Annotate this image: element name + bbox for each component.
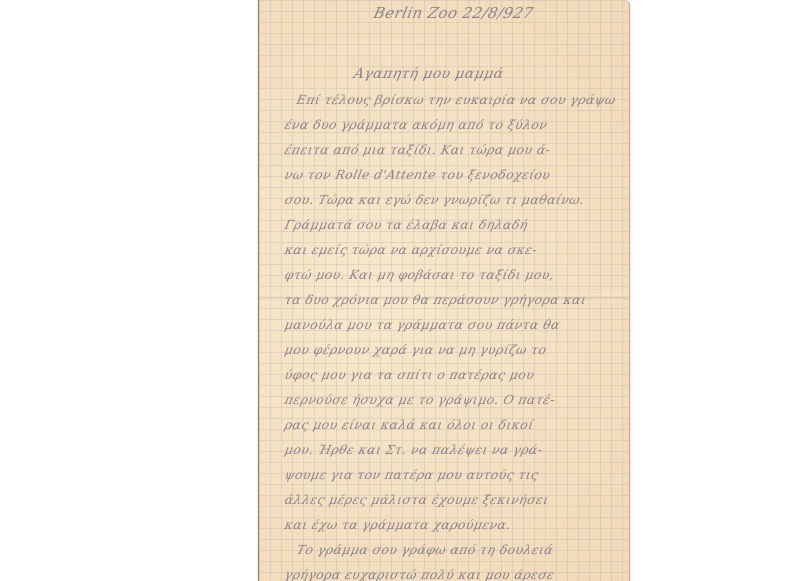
letter-line: Επί τέλους βρίσκω την ευκαιρία να σου γρ… — [295, 92, 617, 107]
letter-line: έπειτα από μια ταξίδι. Και τώρα μου ά- — [283, 142, 552, 157]
letter-dateline: Berlin Zoo 22/8/927 — [372, 4, 535, 22]
letter-line: φτώ μου. Και μη φοβάσαι το ταξίδι μου, — [283, 267, 556, 282]
letter-line: τα δυο χρόνια μου θα περάσουν γρήγορα κα… — [283, 292, 588, 307]
letter-line: μανούλα μου τα γράμματα σου πάντα θα — [283, 317, 561, 332]
letter-line: άλλες μέρες μάλιστα έχουμε ξεκινήσει — [283, 492, 550, 507]
letter-line: σου. Τώρα και εγώ δεν γνωρίζω τι μαθαίνω… — [283, 192, 586, 207]
letter-line: ρας μου είναι καλά και όλοι οι δικοί — [283, 417, 535, 432]
letter-line: ύφος μου για τα σπίτι ο πατέρας μου — [283, 367, 536, 382]
letter-line: ένα δυο γράμματα ακόμη από το ξύλον — [283, 117, 549, 132]
letter-line: μου. Ήρθε και Στ. να παλέψει να γρά- — [283, 442, 544, 457]
letter-line: Γράμματά σου τα έλαβα και δηλαδή — [283, 217, 529, 232]
letter-line: ψουμε για τον πατέρα μου αυτούς τις — [283, 467, 540, 482]
letter-line: γρήγορα ευχαριστώ πολύ και μου άρεσε — [283, 567, 556, 581]
letter-line: και έχω τα γράμματα χαρούμενα. — [283, 517, 512, 532]
letter-line: Το γράμμα σου γράφω από τη δουλειά — [295, 542, 555, 557]
letter-line: και εμείς τώρα να αρχίσουμε να σκε- — [283, 242, 538, 257]
letter-line: νω τον Rolle d'Attente του ξενοδοχείου — [283, 167, 552, 182]
letter-page: Berlin Zoo 22/8/927 Αγαπητή μου μαμμά Επ… — [258, 0, 630, 581]
letter-line: μου φέρνουν χαρά για να μη γυρίζω το — [283, 342, 548, 357]
letter-salutation: Αγαπητή μου μαμμά — [352, 66, 505, 82]
letter-line: περνούσε ήσυχα με το γράψιμο. Ο πατέ- — [283, 392, 556, 407]
